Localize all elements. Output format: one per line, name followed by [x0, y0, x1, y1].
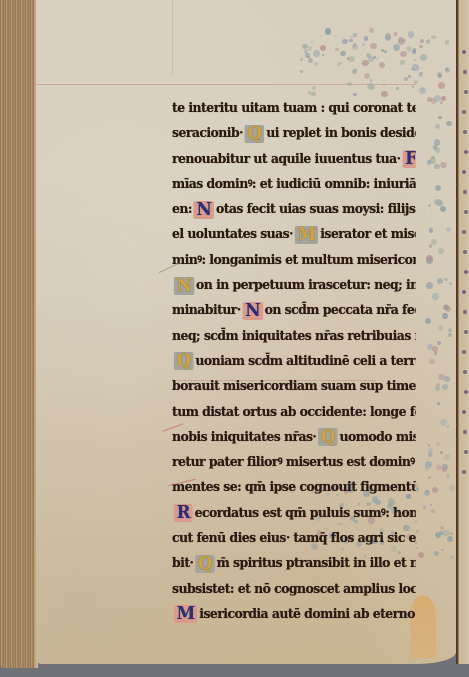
foliage-leaf-icon	[438, 248, 444, 254]
adjacent-border-dot-icon	[463, 190, 467, 194]
foliage-leaf-icon	[438, 374, 445, 381]
foliage-leaf-icon	[444, 278, 447, 281]
foliage-leaf-icon	[438, 74, 442, 78]
blue-initial: R	[174, 504, 193, 522]
text-segment: bit·	[172, 555, 193, 571]
gold-initial: N	[174, 277, 194, 295]
text-line: el uoluntates suas·Miserator et miserico…	[172, 222, 416, 247]
foliage-leaf-icon	[308, 58, 313, 63]
text-segment: neq; scd̄m iniquitates nr̄as retribuias …	[172, 328, 416, 344]
text-segment: retur pater filiorꝰ misertus est dominꝰ …	[172, 454, 416, 470]
foliage-leaf-icon	[322, 54, 324, 56]
foliage-leaf-icon	[448, 333, 452, 337]
foliage-leaf-icon	[438, 325, 443, 330]
foliage-leaf-icon	[353, 33, 357, 37]
page-stack-edge	[0, 0, 38, 668]
adjacent-border-dot-icon	[462, 50, 466, 54]
adjacent-border-dot-icon	[463, 430, 467, 434]
adjacent-border-dot-icon	[462, 350, 466, 354]
foliage-leaf-icon	[366, 53, 371, 58]
text-segment: m̄ spiritus ptransibit in illo et nō	[217, 555, 416, 571]
foliage-leaf-icon	[436, 442, 440, 446]
foliage-leaf-icon	[437, 341, 441, 345]
foliage-leaf-icon	[314, 62, 318, 66]
adjacent-border-dot-icon	[462, 290, 466, 294]
text-line: minabitur·Non scd̄m peccata nr̄a fecit n…	[172, 298, 416, 323]
text-segment: ecordatus est qm̄ puluis sumꝰ: homo si	[195, 505, 416, 521]
ruling-line-vertical	[172, 0, 173, 75]
blue-initial: N	[194, 201, 214, 219]
text-line: minꝰ: longanimis et multum misericors·	[172, 248, 416, 273]
foliage-leaf-icon	[436, 465, 441, 470]
foliage-leaf-icon	[440, 206, 446, 212]
text-block: te interitu uitam tuam : qui coronat te …	[172, 96, 434, 627]
foliage-leaf-icon	[361, 62, 364, 65]
foliage-leaf-icon	[412, 85, 415, 88]
foliage-leaf-icon	[369, 28, 373, 32]
adjacent-border-dot-icon	[462, 470, 466, 474]
text-line: te interitu uitam tuam : qui coronat te …	[172, 96, 416, 121]
gold-initial: Q	[195, 555, 215, 573]
adjacent-border-dot-icon	[462, 170, 466, 174]
foliage-leaf-icon	[435, 532, 441, 538]
foliage-leaf-icon	[419, 87, 426, 94]
adjacent-border-dot-icon	[463, 250, 467, 254]
text-segment: seracionib·	[172, 125, 243, 141]
foliage-leaf-icon	[438, 82, 445, 89]
gold-initial: Q	[174, 352, 194, 370]
text-line: nobis iniquitates nr̄as·Quomodo mise	[172, 425, 416, 450]
adjacent-border-dot-icon	[463, 130, 467, 134]
text-segment: on in perpetuum irascetur: neq; ineternū…	[196, 277, 416, 293]
blue-initial: F	[402, 150, 415, 168]
adjacent-border-dot-icon	[463, 310, 467, 314]
foliage-leaf-icon	[325, 28, 331, 34]
adjacent-border-dot-icon	[464, 210, 468, 214]
foliage-leaf-icon	[300, 58, 303, 61]
foliage-leaf-icon	[434, 164, 439, 169]
foliage-leaf-icon	[362, 43, 365, 46]
adjacent-border-dot-icon	[463, 370, 467, 374]
adjacent-border-dot-icon	[464, 390, 468, 394]
adjacent-page-edge	[456, 0, 469, 664]
text-segment: minabitur·	[172, 302, 241, 318]
text-segment: otas fecit uias suas moysi: filijs isra	[216, 201, 416, 217]
text-line: borauit misericordiam suam sup timentes …	[172, 374, 416, 399]
text-line: mentes se: qm̄ ipse cognouit figmentū nr…	[172, 475, 416, 500]
adjacent-border-dot-icon	[464, 270, 468, 274]
foliage-leaf-icon	[450, 532, 453, 535]
text-segment: mīas dominꝰ: et iudiciū omnib: iniuriā p…	[172, 176, 416, 192]
foliage-leaf-icon	[370, 79, 373, 82]
foliage-leaf-icon	[352, 69, 357, 74]
foliage-leaf-icon	[440, 451, 443, 454]
text-segment: en:	[172, 201, 192, 217]
text-line: en:Notas fecit uias suas moysi: filijs i…	[172, 197, 416, 222]
foliage-leaf-icon	[447, 425, 450, 428]
foliage-leaf-icon	[447, 536, 453, 542]
foliage-leaf-icon	[435, 386, 440, 391]
foliage-leaf-icon	[442, 467, 447, 472]
foliage-leaf-icon	[364, 36, 369, 41]
foliage-leaf-icon	[376, 58, 378, 60]
text-line: Non in perpetuum irascetur: neq; inetern…	[172, 273, 416, 298]
text-line: neq; scd̄m iniquitates nr̄as retribuias …	[172, 324, 416, 349]
foliage-leaf-icon	[308, 46, 312, 50]
text-line: bit·Qm̄ spiritus ptransibit in illo et n…	[172, 551, 416, 576]
adjacent-border-dot-icon	[464, 90, 468, 94]
text-segment: borauit misericordiam suam sup timentes …	[172, 378, 416, 394]
text-segment: minꝰ: longanimis et multum misericors·	[172, 252, 416, 268]
foliage-leaf-icon	[406, 46, 412, 52]
foliage-leaf-icon	[442, 313, 448, 319]
foliage-leaf-icon	[342, 39, 347, 44]
foliage-leaf-icon	[412, 64, 418, 70]
text-segment: isericordia autē domini ab eterno: ⁊ us	[199, 606, 415, 622]
foliage-leaf-icon	[434, 199, 440, 205]
text-segment: ui replet in bonis desideriū tuū:	[266, 125, 415, 141]
text-segment: nobis iniquitates nr̄as·	[172, 429, 316, 445]
text-line: tum distat ortus ab occidente: longe fec…	[172, 400, 416, 425]
adjacent-border-dot-icon	[464, 450, 468, 454]
foliage-leaf-icon	[339, 62, 341, 64]
text-line: cut fenū dies eius· tamq̄ flos agri sic …	[172, 526, 416, 551]
foliage-leaf-icon	[419, 45, 422, 48]
adjacent-border-dot-icon	[464, 330, 468, 334]
foliage-leaf-icon	[446, 474, 451, 479]
adjacent-border-dot-icon	[462, 410, 466, 414]
foliage-leaf-icon	[384, 50, 387, 53]
text-line: mīas dominꝰ: et iudiciū omnib: iniuriā p…	[172, 172, 416, 197]
foliage-leaf-icon	[440, 101, 443, 104]
foliage-leaf-icon	[420, 39, 424, 43]
foliage-leaf-icon	[449, 282, 452, 285]
foliage-leaf-icon	[340, 51, 345, 56]
foliage-leaf-icon	[441, 549, 443, 551]
foliage-leaf-icon	[414, 80, 418, 84]
foliage-leaf-icon	[448, 328, 452, 332]
foliage-leaf-icon	[446, 121, 452, 127]
foliage-leaf-icon	[438, 116, 442, 120]
foliage-leaf-icon	[347, 82, 351, 86]
foliage-leaf-icon	[311, 41, 313, 43]
text-segment: renouabitur ut aquile iuuentus tua·	[172, 151, 400, 167]
foliage-leaf-icon	[379, 62, 385, 68]
foliage-leaf-icon	[308, 91, 311, 94]
text-segment: mentes se: qm̄ ipse cognouit figmentū nr…	[172, 479, 416, 495]
adjacent-border-dot-icon	[464, 150, 468, 154]
foliage-leaf-icon	[414, 59, 416, 61]
gold-initial: Q	[318, 428, 338, 446]
foliage-leaf-icon	[381, 49, 384, 52]
foliage-leaf-icon	[435, 124, 440, 129]
foliage-leaf-icon	[312, 86, 317, 91]
foliage-leaf-icon	[364, 73, 370, 79]
text-line: Quoniam scd̄m altitudinē celi a terra: c…	[172, 349, 416, 374]
foliage-leaf-icon	[396, 87, 399, 90]
foliage-leaf-icon	[442, 384, 449, 391]
text-segment: te interitu uitam tuam : qui coronat te …	[172, 100, 416, 116]
foliage-leaf-icon	[419, 74, 422, 77]
foliage-leaf-icon	[435, 185, 441, 191]
foliage-leaf-icon	[352, 44, 358, 50]
foliage-leaf-icon	[320, 45, 326, 51]
text-segment: tum distat ortus ab occidente: longe fec…	[172, 404, 416, 420]
foliage-leaf-icon	[348, 56, 355, 63]
foliage-leaf-icon	[446, 227, 451, 232]
foliage-leaf-icon	[408, 31, 414, 37]
foliage-leaf-icon	[335, 48, 339, 52]
foliage-leaf-icon	[383, 84, 385, 86]
foliage-leaf-icon	[450, 556, 453, 559]
foliage-leaf-icon	[434, 551, 439, 556]
foliage-leaf-icon	[445, 306, 451, 312]
foliage-leaf-icon	[441, 96, 446, 101]
foliage-leaf-icon	[431, 35, 435, 39]
text-segment: el uoluntates suas·	[172, 226, 293, 242]
gold-initial: M	[295, 226, 319, 244]
foliage-leaf-icon	[437, 402, 440, 405]
adjacent-border-dot-icon	[462, 230, 466, 234]
manuscript-photo: te interitu uitam tuam : qui coronat te …	[0, 0, 469, 677]
foliage-leaf-icon	[370, 43, 376, 49]
text-segment: cut fenū dies eius· tamq̄ flos agri sic …	[172, 530, 416, 546]
foliage-leaf-icon	[426, 40, 430, 44]
text-line: Misericordia autē domini ab eterno: ⁊ us	[172, 602, 416, 627]
foliage-leaf-icon	[313, 50, 320, 57]
foliage-leaf-icon	[437, 278, 443, 284]
gold-initial: Q	[245, 125, 265, 143]
foliage-leaf-icon	[444, 454, 449, 459]
foliage-leaf-icon	[449, 485, 455, 491]
text-segment: uomodo mise	[340, 429, 416, 445]
text-line: renouabitur ut aquile iuuentus tua·Faciē…	[172, 147, 416, 172]
foliage-leaf-icon	[302, 44, 308, 50]
foliage-leaf-icon	[386, 36, 391, 41]
foliage-leaf-icon	[445, 40, 449, 44]
text-segment: iserator et misericors do	[320, 226, 415, 242]
foliage-leaf-icon	[394, 32, 398, 36]
foliage-leaf-icon	[440, 162, 447, 169]
foliage-leaf-icon	[350, 36, 353, 39]
text-line: Recordatus est qm̄ puluis sumꝰ: homo si	[172, 501, 416, 526]
text-segment: uoniam scd̄m altitudinē celi a terra: co…	[195, 353, 415, 369]
foliage-leaf-icon	[367, 83, 374, 90]
text-line: subsistet: et nō cognoscet amplius locū …	[172, 577, 416, 602]
foliage-leaf-icon	[408, 75, 411, 78]
foliage-leaf-icon	[400, 51, 406, 57]
foliage-leaf-icon	[300, 70, 303, 73]
text-segment: subsistet: et nō cognoscet amplius locū …	[172, 581, 416, 597]
foliage-leaf-icon	[444, 376, 450, 382]
foliage-leaf-icon	[440, 419, 446, 425]
foliage-leaf-icon	[349, 39, 353, 43]
foliage-leaf-icon	[400, 60, 405, 65]
blue-initial: N	[242, 302, 262, 320]
adjacent-border-dot-icon	[463, 70, 467, 74]
adjacent-border-dot-icon	[462, 110, 466, 114]
foliage-leaf-icon	[393, 44, 400, 51]
text-line: seracionib·Qui replet in bonis desideriū…	[172, 121, 416, 146]
foliage-leaf-icon	[398, 38, 405, 45]
foliage-leaf-icon	[413, 48, 416, 51]
floral-border-top	[300, 28, 456, 98]
text-segment: on scd̄m peccata nr̄a fecit nob	[265, 302, 416, 318]
foliage-leaf-icon	[347, 57, 349, 59]
text-line: retur pater filiorꝰ misertus est dominꝰ …	[172, 450, 416, 475]
foliage-leaf-icon	[420, 54, 427, 61]
blue-initial: M	[174, 605, 198, 623]
